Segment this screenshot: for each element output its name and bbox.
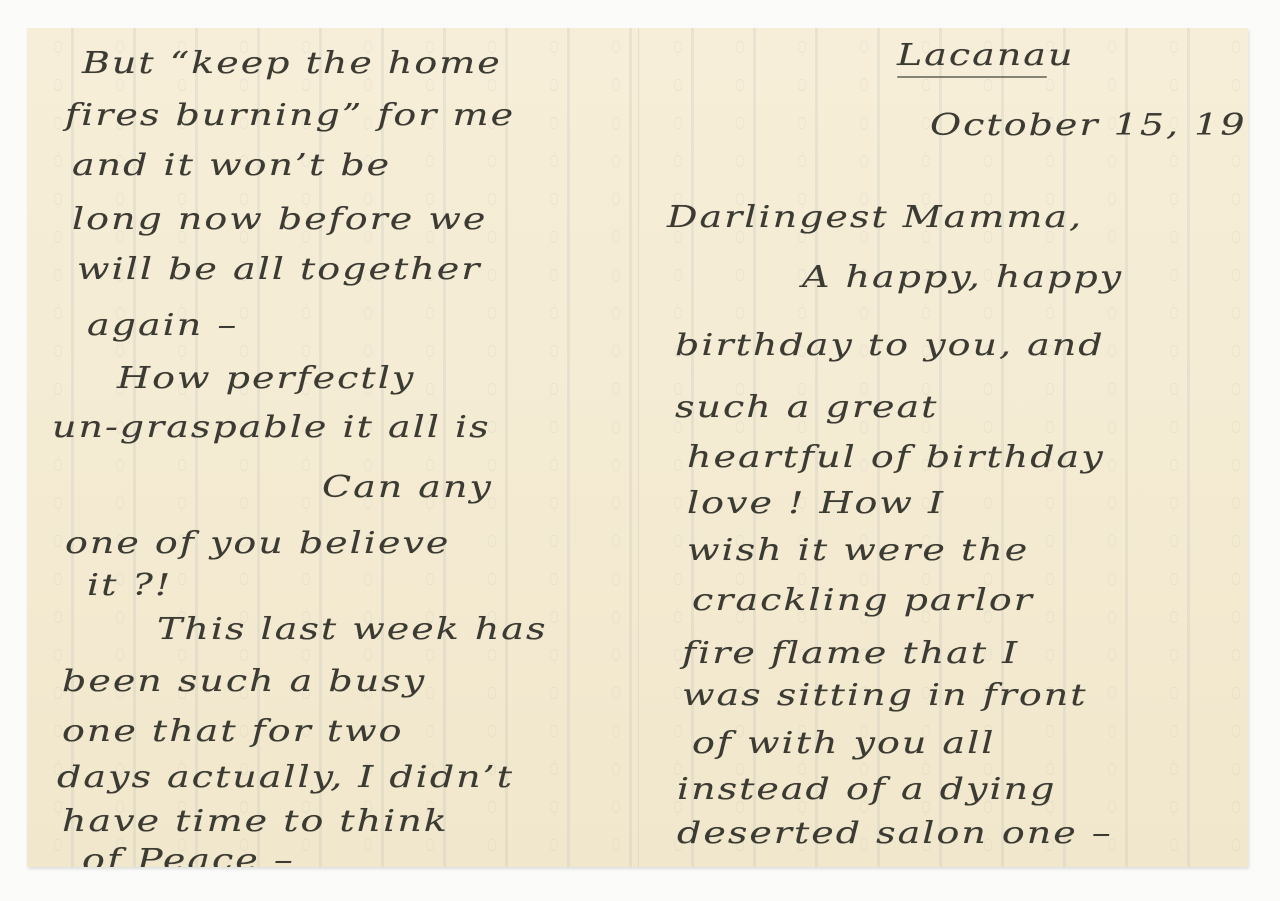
left-line-8: un-graspable it all is xyxy=(52,410,491,444)
left-line-2: fires burning” for me xyxy=(65,98,515,132)
right-line-10: of with you all xyxy=(692,726,995,760)
right-line-3: such a great xyxy=(675,390,938,424)
letter-salutation: Darlingest Mamma, xyxy=(667,200,1083,234)
letter-paper: But “keep the home fires burning” for me… xyxy=(27,28,1248,867)
letter-date: October 15, 1918. xyxy=(930,108,1248,142)
left-line-10: one of you believe xyxy=(65,526,450,560)
right-line-6: wish it were the xyxy=(687,533,1029,567)
left-line-12: This last week has xyxy=(157,612,547,646)
center-fold xyxy=(638,28,640,867)
left-line-14: one that for two xyxy=(62,714,404,748)
place-underline xyxy=(897,76,1047,78)
letter-place: Lacanau xyxy=(897,38,1074,72)
left-line-3: and it won’t be xyxy=(72,148,391,182)
left-line-9: Can any xyxy=(322,470,493,504)
left-line-5: will be all together xyxy=(77,252,481,286)
right-line-12: deserted salon one – xyxy=(677,816,1113,850)
left-line-4: long now before we xyxy=(72,202,487,236)
right-line-4: heartful of birthday xyxy=(687,440,1105,474)
right-line-1: A happy, happy xyxy=(802,260,1123,294)
right-line-5: love ! How I xyxy=(687,486,945,520)
left-line-1: But “keep the home xyxy=(82,46,502,80)
left-line-7: How perfectly xyxy=(117,361,415,395)
right-line-9: was sitting in front xyxy=(682,678,1088,712)
right-line-11: instead of a dying xyxy=(677,772,1056,806)
left-line-6: again – xyxy=(87,308,238,342)
left-line-16: have time to think xyxy=(62,804,449,838)
left-line-15: days actually, I didn’t xyxy=(57,760,514,794)
left-line-11: it ?! xyxy=(87,568,172,602)
letter-scan: But “keep the home fires burning” for me… xyxy=(0,0,1280,901)
right-line-2: birthday to you, and xyxy=(675,328,1105,362)
right-line-7: crackling parlor xyxy=(692,583,1034,617)
left-line-13: been such a busy xyxy=(62,664,426,698)
left-line-17: of Peace – xyxy=(82,843,295,867)
right-line-8: fire flame that I xyxy=(682,636,1019,670)
